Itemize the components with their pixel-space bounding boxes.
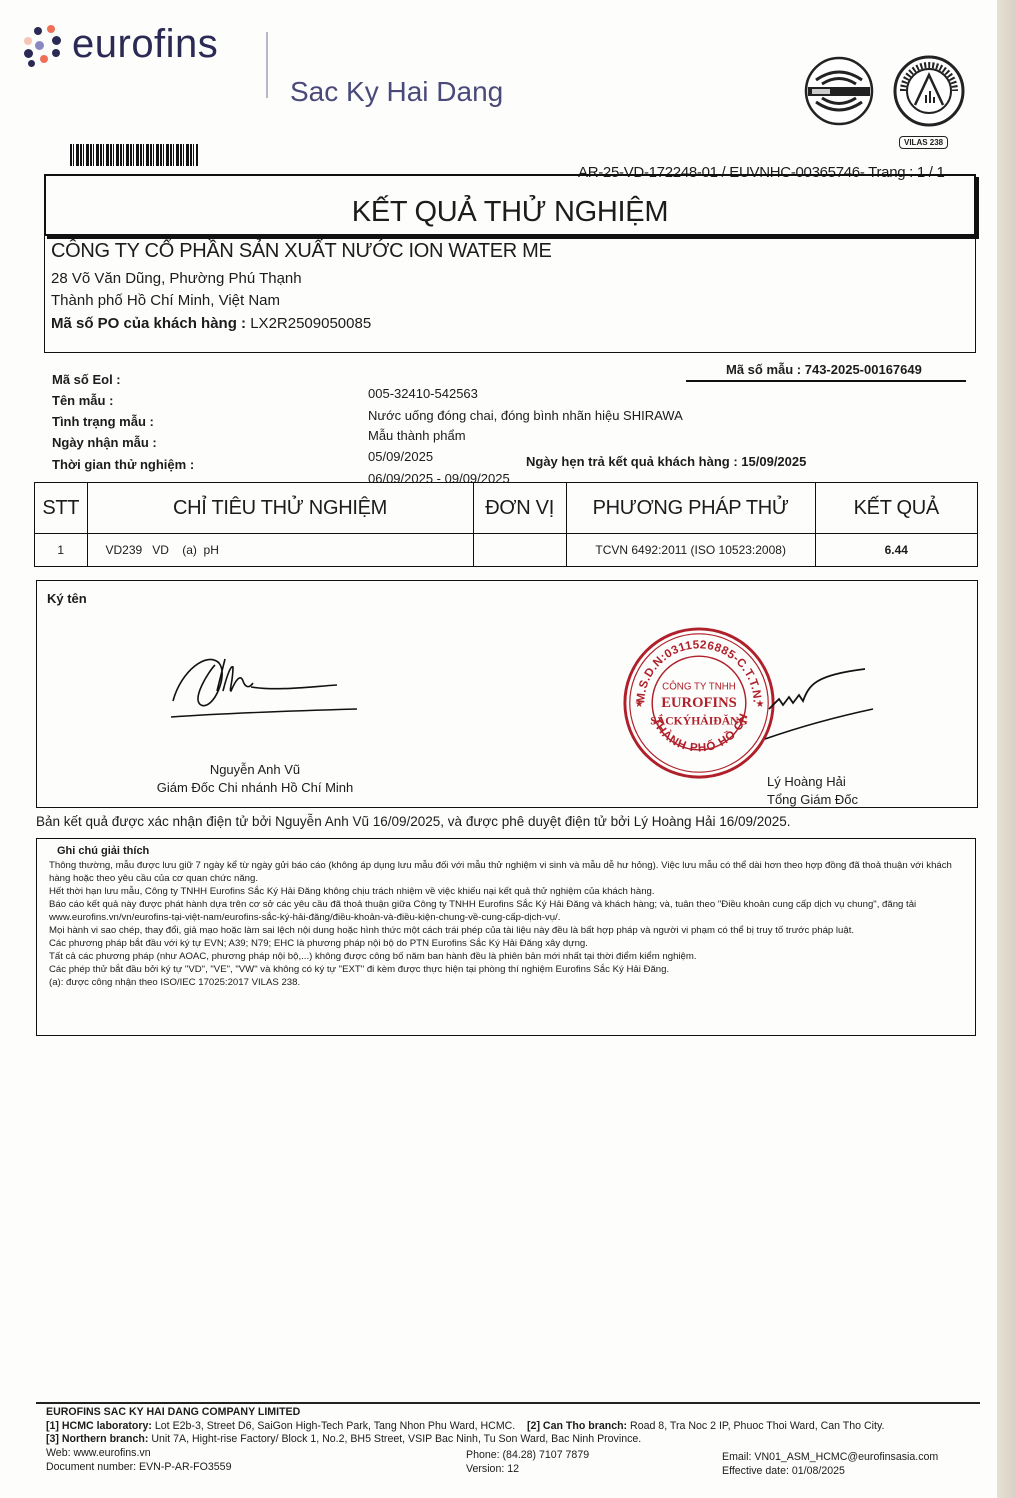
note-line: Các phép thử bắt đầu bởi ký tự "VD", "VE… — [49, 963, 959, 976]
header-parameter: CHỈ TIÊU THỬ NGHIỆM — [87, 483, 473, 534]
signer-2-name: Lý Hoàng Hải — [767, 773, 858, 791]
footer-labs-line2: [3] Northern branch: Unit 7A, Hight-rise… — [46, 1433, 986, 1447]
sample-status-label: Tình trạng mẫu : — [52, 414, 154, 429]
footer-version: Version: 12 — [466, 1463, 519, 1477]
signer-2: Lý Hoàng Hải Tổng Giám Đốc — [767, 773, 858, 809]
lab3-address: Unit 7A, Hight-rise Factory/ Block 1, No… — [148, 1433, 641, 1445]
header-result: KẾT QUẢ — [815, 483, 977, 534]
sample-code-underline — [686, 380, 966, 382]
note-line: Thông thường, mẫu được lưu giữ 7 ngày kể… — [49, 859, 959, 885]
note-line: Mọi hành vi sao chép, thay đổi, giả mạo … — [49, 924, 959, 937]
eurofins-dots-icon — [22, 23, 68, 67]
paper-edge — [997, 0, 1015, 1498]
eoi-value: 005-32410-542563 — [368, 386, 478, 401]
bureau-of-accreditation-vietnam-icon — [893, 55, 965, 127]
svg-text:★: ★ — [756, 699, 765, 710]
signature-2-icon — [765, 665, 875, 745]
note-line: Các phương pháp bắt đầu với ký tự EVN; A… — [49, 937, 959, 950]
footer-company: EUROFINS SAC KY HAI DANG COMPANY LIMITED — [46, 1406, 300, 1418]
lab1-address: Lot E2b-3, Street D6, SaiGon High-Tech P… — [152, 1420, 515, 1432]
row-parameter: VD239 VD (a) pH — [87, 534, 473, 567]
header-unit: ĐƠN VỊ — [473, 483, 566, 534]
row-stt: 1 — [35, 534, 88, 567]
signer-2-title: Tổng Giám Đốc — [767, 791, 858, 809]
footer-contact-grid: Web: www.eurofins.vn Document number: EV… — [46, 1447, 986, 1477]
lab2-address: Road 8, Tra Noc 2 IP, Phuoc Thoi Ward, C… — [627, 1420, 884, 1432]
row-result: 6.44 — [815, 534, 977, 567]
po-value: LX2R2509050085 — [250, 315, 371, 332]
svg-text:★: ★ — [635, 699, 644, 710]
footer-document-number: Document number: EVN-P-AR-FO3559 — [46, 1461, 231, 1475]
row-method: TCVN 6492:2011 (ISO 10523:2008) — [566, 534, 815, 567]
footer-labs-line1: [1] HCMC laboratory: Lot E2b-3, Street D… — [46, 1420, 986, 1434]
row-unit — [473, 534, 566, 567]
received-date-label: Ngày nhận mẫu : — [52, 435, 157, 450]
lab3-label: [3] Northern branch: — [46, 1433, 148, 1445]
due-date: Ngày hẹn trả kết quả khách hàng : 15/09/… — [526, 454, 806, 469]
notes-title: Ghi chú giải thích — [57, 845, 149, 857]
note-line: (a): được công nhận theo ISO/IEC 17025:2… — [49, 976, 959, 989]
note-line: Tất cả các phương pháp (như AOAC, phương… — [49, 950, 959, 963]
signature-1-icon — [167, 651, 367, 731]
signer-1: Nguyễn Anh Vũ Giám Đốc Chi nhánh Hồ Chí … — [145, 761, 365, 797]
stamp-line2: EUROFINS — [661, 695, 737, 711]
lab1-label: [1] HCMC laboratory: — [46, 1420, 152, 1432]
eoi-label: Mã số Eol : — [52, 372, 121, 387]
sample-name-value: Nước uống đóng chai, đóng bình nhãn hiệu… — [368, 408, 683, 423]
due-date-label: Ngày hẹn trả kết quả khách hàng : — [526, 454, 738, 469]
sample-status-value: Mẫu thành phẩm — [368, 428, 466, 443]
eurofins-logo: eurofins — [22, 22, 218, 67]
company-stamp-icon: M.S.D.N:0311526885-C.T.T.N.H.H THÀNH PHỐ… — [621, 625, 777, 781]
results-header-row: STT CHỈ TIÊU THỬ NGHIỆM ĐƠN VỊ PHƯƠNG PH… — [35, 483, 978, 534]
footer-effective-date: Effective date: 01/08/2025 — [722, 1465, 845, 1479]
title-box: KẾT QUẢ THỬ NGHIỆM — [44, 174, 976, 236]
note-line: Báo cáo kết quả này được phát hành dựa t… — [49, 898, 959, 924]
notes-box: Ghi chú giải thích Thông thường, mẫu đượ… — [36, 838, 976, 1036]
header-stt: STT — [35, 483, 88, 534]
footer-phone: Phone: (84.28) 7107 7879 — [466, 1449, 589, 1463]
sample-name-label: Tên mẫu : — [52, 393, 113, 408]
brand-name: eurofins — [72, 22, 218, 67]
signature-box: Ký tên Nguyễn Anh Vũ Giám Đốc Chi nhánh … — [36, 580, 978, 808]
electronic-confirmation: Bản kết quả được xác nhận điện tử bởi Ng… — [36, 814, 791, 829]
client-address-line2: Thành phố Hồ Chí Minh, Việt Nam — [51, 292, 280, 309]
signer-1-name: Nguyễn Anh Vũ — [145, 761, 365, 779]
footer-email[interactable]: Email: VN01_ASM_HCMC@eurofinsasia.com — [722, 1451, 938, 1465]
note-line: Hết thời hạn lưu mẫu, Công ty TNHH Eurof… — [49, 885, 959, 898]
vilas-label: VILAS 238 — [899, 136, 948, 149]
client-address-line1: 28 Võ Văn Dũng, Phường Phú Thạnh — [51, 270, 302, 287]
test-period-label: Thời gian thử nghiệm : — [52, 457, 194, 472]
iso-certification-seal-icon — [804, 56, 874, 126]
sample-code: Mã số mẫu : 743-2025-00167649 — [726, 362, 922, 377]
lab2-label: [2] Can Tho branch: — [527, 1420, 627, 1432]
received-date-value: 05/09/2025 — [368, 449, 433, 464]
table-row: 1 VD239 VD (a) pH TCVN 6492:2011 (ISO 10… — [35, 534, 978, 567]
client-po: Mã số PO của khách hàng : LX2R2509050085 — [51, 315, 371, 332]
client-info-box: CÔNG TY CỔ PHẦN SẢN XUẤT NƯỚC ION WATER … — [44, 232, 976, 353]
barcode — [70, 144, 198, 166]
stamp-line1: CÔNG TY TNHH — [662, 681, 736, 692]
footer-web[interactable]: Web: www.eurofins.vn — [46, 1447, 151, 1461]
results-table: STT CHỈ TIÊU THỬ NGHIỆM ĐƠN VỊ PHƯƠNG PH… — [34, 482, 978, 567]
header-method: PHƯƠNG PHÁP THỬ — [566, 483, 815, 534]
subbrand-name: Sac Ky Hai Dang — [290, 76, 503, 108]
stamp-line3: SẮCKÝHẢIĐĂNG — [650, 712, 747, 727]
due-date-value: 15/09/2025 — [741, 454, 806, 469]
footer: EUROFINS SAC KY HAI DANG COMPANY LIMITED… — [46, 1406, 986, 1477]
notes-body: Thông thường, mẫu được lưu giữ 7 ngày kể… — [49, 859, 959, 989]
footer-divider — [36, 1402, 980, 1404]
signature-label: Ký tên — [47, 591, 87, 606]
logo-divider — [266, 32, 268, 98]
test-report-page: eurofins Sac Ky Hai Dang VILAS 238 AR-25… — [0, 0, 1000, 1498]
report-title: KẾT QUẢ THỬ NGHIỆM — [46, 196, 974, 229]
signer-1-title: Giám Đốc Chi nhánh Hồ Chí Minh — [145, 779, 365, 797]
po-label: Mã số PO của khách hàng : — [51, 315, 246, 332]
client-name: CÔNG TY CỔ PHẦN SẢN XUẤT NƯỚC ION WATER … — [51, 240, 552, 263]
